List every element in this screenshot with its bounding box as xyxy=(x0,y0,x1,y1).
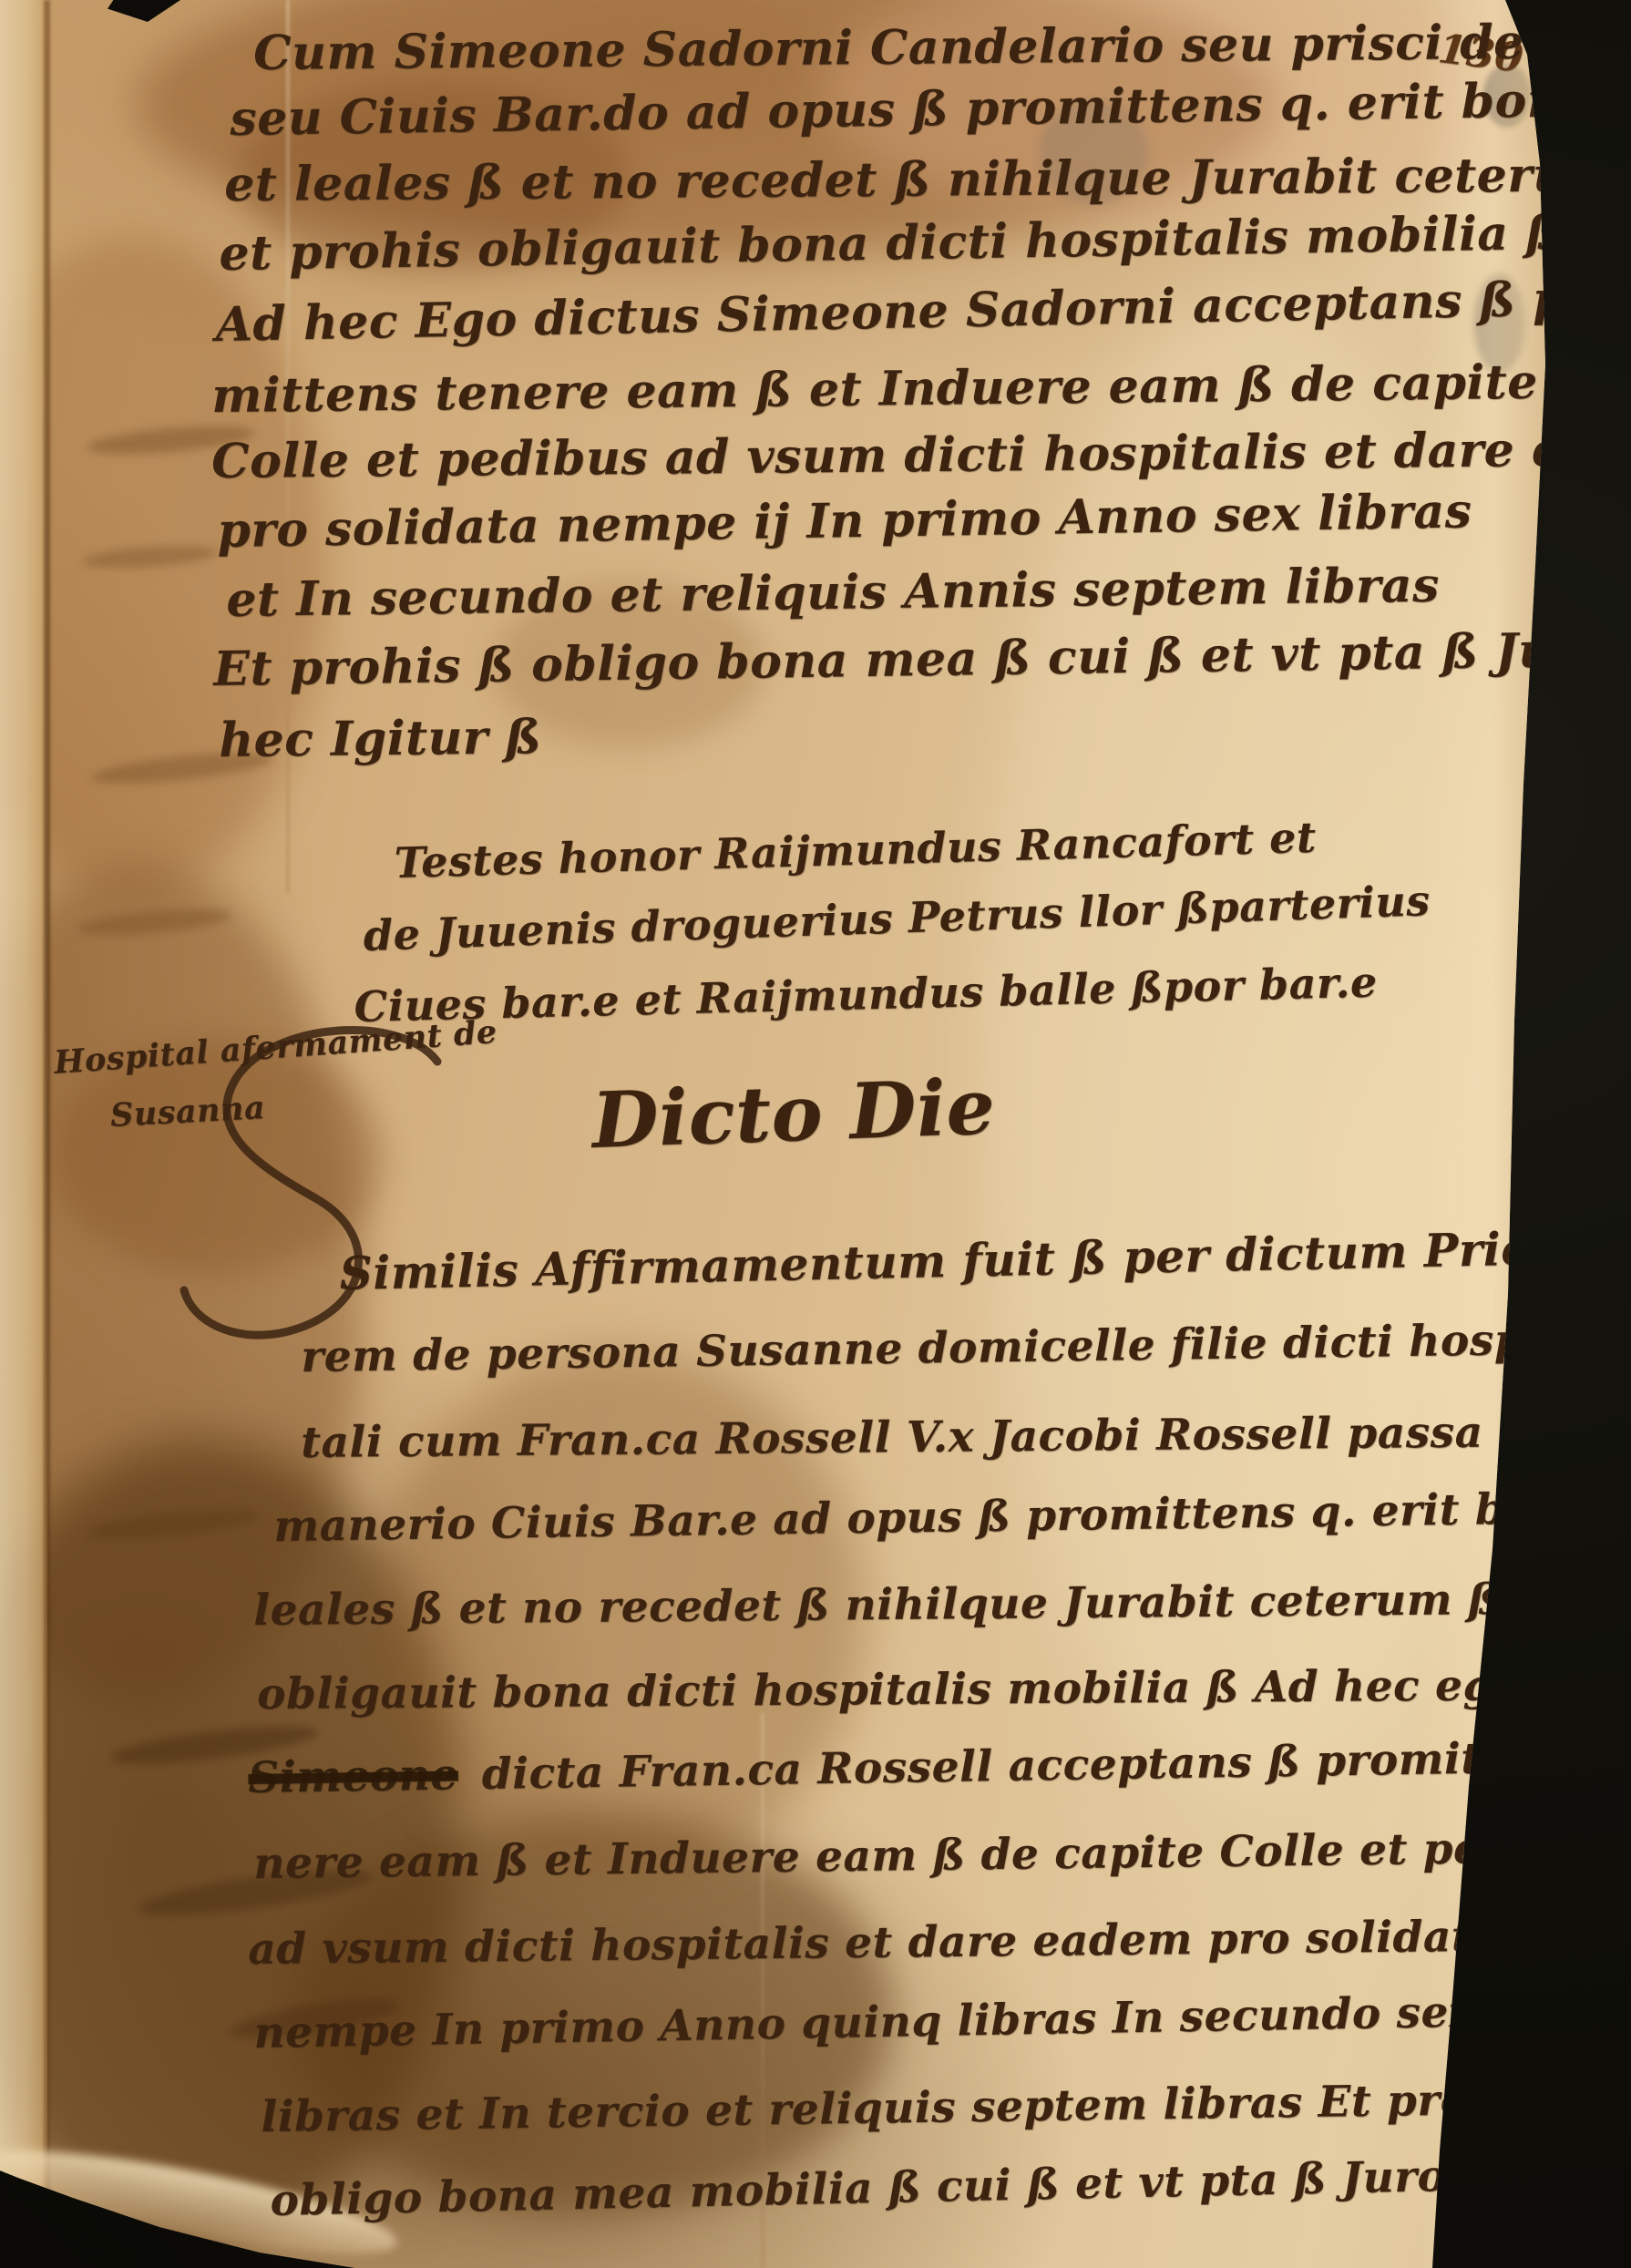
page-edge-strip xyxy=(0,0,47,2268)
manuscript-photo: 130 Cum Simeone Sadorni Candelario seu p… xyxy=(0,0,1631,2268)
manuscript-line: et leales ß et no recedet ß nihilque Jur… xyxy=(224,147,1631,212)
struck-word: Simeone xyxy=(248,1750,458,1803)
manuscript-line: obligauit bona dicti hospitalis mobilia … xyxy=(257,1659,1631,1719)
manuscript-line: Ad hec Ego dictus Simeone Sadorni accept… xyxy=(215,270,1624,353)
entry-heading: Dicto Die xyxy=(590,1062,997,1165)
gutter-crease xyxy=(44,0,50,2268)
parchment-page: 130 Cum Simeone Sadorni Candelario seu p… xyxy=(0,0,1631,2268)
manuscript-line: Cum Simeone Sadorni Candelario seu prisc… xyxy=(253,15,1524,81)
manuscript-line: hec Igitur ß xyxy=(219,709,542,768)
manuscript-line: tali cum Fran.ca Rossell V.x Jacobi Ross… xyxy=(301,1408,1483,1468)
